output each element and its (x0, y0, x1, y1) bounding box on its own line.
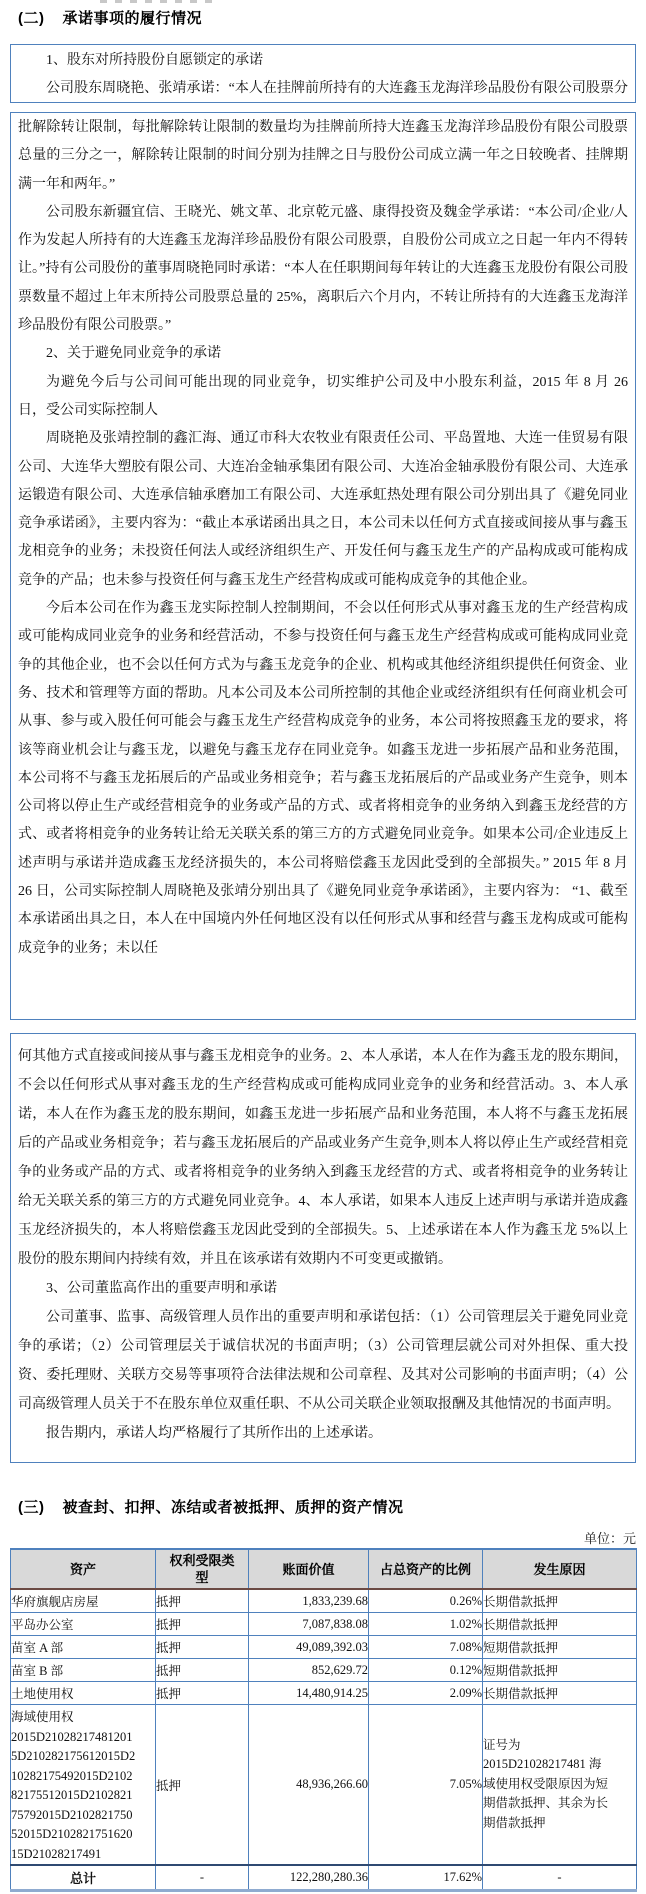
cell-book-value: 122,280,280.36 (249, 1865, 369, 1891)
commitment-paragraph: 3、公司董监高作出的重要声明和承诺 (18, 1274, 628, 1303)
cell-pct: 0.12% (369, 1659, 483, 1682)
cell-book-value: 1,833,239.68 (249, 1589, 369, 1613)
cell-asset: 苗室 B 部 (11, 1659, 156, 1682)
cell-restriction: 抵押 (156, 1589, 249, 1613)
cell-restriction: 抵押 (156, 1659, 249, 1682)
cell-asset: 华府旗舰店房屋 (11, 1589, 156, 1613)
header-restriction-type: 权利受限类 型 (156, 1549, 249, 1589)
commitment-box-2: 批解除转让限制，每批解除转让限制的数量均为挂牌前所持大连鑫玉龙海洋珍品股份有限公… (10, 112, 636, 1020)
commitment-paragraph: 何其他方式直接或间接从事与鑫玉龙相竞争的业务。2、本人承诺，本人在作为鑫玉龙的股… (18, 1042, 628, 1274)
section-heading-pledged-assets: (三)被查封、扣押、冻结或者被抵押、质押的资产情况 (18, 1496, 404, 1517)
cell-reason: 证号为 2015D21028217481 海 域使用权受限原因为短 期借款抵押、… (483, 1705, 637, 1866)
commitment-paragraph: 为避免今后与公司间可能出现的同业竞争，切实维护公司及中小股东利益，2015 年 … (18, 369, 628, 426)
cell-pct: 7.05% (369, 1705, 483, 1866)
cell-reason: 短期借款抵押 (483, 1636, 637, 1659)
cell-book-value: 14,480,914.25 (249, 1682, 369, 1705)
cell-reason: 长期借款抵押 (483, 1613, 637, 1636)
cell-pct: 1.02% (369, 1613, 483, 1636)
cell-restriction: 抵押 (156, 1636, 249, 1659)
cell-asset: 海域使用权 2015D21028217481201 5D210282175612… (11, 1705, 156, 1866)
table-row: 平岛办公室 抵押 7,087,838.08 1.02% 长期借款抵押 (11, 1613, 637, 1636)
section-heading-commitments: (二)承诺事项的履行情况 (18, 7, 202, 28)
pledged-assets-table: 资产 权利受限类 型 账面价值 占总资产的比例 发生原因 华府旗舰店房屋 抵押 … (10, 1548, 637, 1892)
commitment-paragraph: 今后本公司在作为鑫玉龙实际控制人控制期间，不会以任何形式从事对鑫玉龙的生产经营构… (18, 595, 628, 963)
commitment-paragraph: 报告期内，承诺人均严格履行了其所作出的上述承诺。 (18, 1419, 628, 1448)
section-title: 承诺事项的履行情况 (63, 7, 203, 28)
cell-pct: 17.62% (369, 1865, 483, 1891)
cell-asset: 土地使用权 (11, 1682, 156, 1705)
section-number: (二) (18, 7, 45, 28)
header-reason: 发生原因 (483, 1549, 637, 1589)
cell-restriction: 抵押 (156, 1682, 249, 1705)
table-row: 土地使用权 抵押 14,480,914.25 2.09% 长期借款抵押 (11, 1682, 637, 1705)
clipped-previous-line-artifact (100, 0, 220, 3)
cell-restriction: 抵押 (156, 1705, 249, 1866)
commitment-paragraph: 2、关于避免同业竞争的承诺 (18, 340, 628, 368)
table-row: 苗室 A 部 抵押 49,089,392.03 7.08% 短期借款抵押 (11, 1636, 637, 1659)
table-header-row: 资产 权利受限类 型 账面价值 占总资产的比例 发生原因 (11, 1549, 637, 1589)
cell-pct: 2.09% (369, 1682, 483, 1705)
header-book-value: 账面价值 (249, 1549, 369, 1589)
cell-asset: 平岛办公室 (11, 1613, 156, 1636)
cell-book-value: 48,936,266.60 (249, 1705, 369, 1866)
cell-book-value: 49,089,392.03 (249, 1636, 369, 1659)
section-title: 被查封、扣押、冻结或者被抵押、质押的资产情况 (63, 1496, 404, 1517)
cell-reason: 长期借款抵押 (483, 1682, 637, 1705)
document-page: (二)承诺事项的履行情况 1、股东对所持股份自愿锁定的承诺 公司股东周晓艳、张靖… (0, 0, 646, 1894)
cell-reason: 短期借款抵押 (483, 1659, 637, 1682)
commitment-box-3: 何其他方式直接或间接从事与鑫玉龙相竞争的业务。2、本人承诺，本人在作为鑫玉龙的股… (10, 1033, 636, 1463)
cell-book-value: 7,087,838.08 (249, 1613, 369, 1636)
commitment-paragraph: 周晓艳及张靖控制的鑫汇海、通辽市科大农牧业有限责任公司、平岛置地、大连一佳贸易有… (18, 425, 628, 595)
commitment-paragraph: 公司股东新疆宜信、王晓光、姚文革、北京乾元盛、康得投资及魏金学承诺：“本公司/企… (18, 199, 628, 340)
table-row-sea-use-right: 海域使用权 2015D21028217481201 5D210282175612… (11, 1705, 637, 1866)
commitment-box-1: 1、股东对所持股份自愿锁定的承诺 公司股东周晓艳、张靖承诺：“本人在挂牌前所持有… (10, 44, 636, 103)
header-pct-of-assets: 占总资产的比例 (369, 1549, 483, 1589)
cell-pct: 0.26% (369, 1589, 483, 1613)
cell-restriction: - (156, 1865, 249, 1891)
commitment-paragraph: 1、股东对所持股份自愿锁定的承诺 (18, 47, 628, 75)
table-row-total: 总计 - 122,280,280.36 17.62% - (11, 1865, 637, 1891)
cell-asset: 苗室 A 部 (11, 1636, 156, 1659)
cell-reason: - (483, 1865, 637, 1891)
commitment-paragraph: 公司股东周晓艳、张靖承诺：“本人在挂牌前所持有的大连鑫玉龙海洋珍品股份有限公司股… (18, 75, 628, 103)
unit-label: 单位：元 (584, 1528, 636, 1547)
header-asset: 资产 (11, 1549, 156, 1589)
table-row: 华府旗舰店房屋 抵押 1,833,239.68 0.26% 长期借款抵押 (11, 1589, 637, 1613)
cell-book-value: 852,629.72 (249, 1659, 369, 1682)
commitment-paragraph: 公司董事、监事、高级管理人员作出的重要声明和承诺包括：（1）公司管理层关于避免同… (18, 1303, 628, 1419)
cell-pct: 7.08% (369, 1636, 483, 1659)
cell-reason: 长期借款抵押 (483, 1589, 637, 1613)
cell-restriction: 抵押 (156, 1613, 249, 1636)
cell-total-label: 总计 (11, 1865, 156, 1891)
section-number: (三) (18, 1496, 45, 1517)
commitment-paragraph: 批解除转让限制，每批解除转让限制的数量均为挂牌前所持大连鑫玉龙海洋珍品股份有限公… (18, 114, 628, 199)
table-row: 苗室 B 部 抵押 852,629.72 0.12% 短期借款抵押 (11, 1659, 637, 1682)
